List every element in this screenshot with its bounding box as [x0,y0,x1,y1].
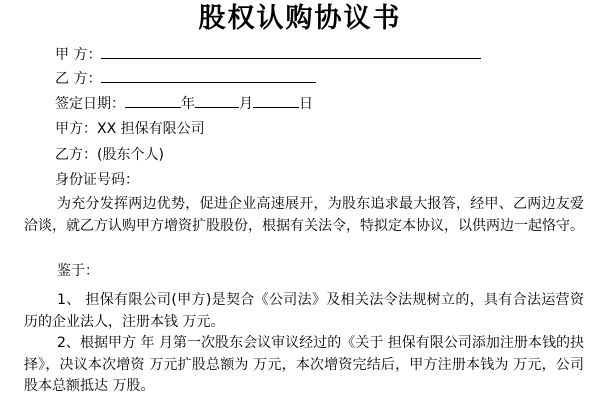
party-b-blank [101,68,316,83]
month-label: 月 [239,96,253,112]
party-a-blank [101,44,481,59]
whereas-heading: 鉴于： [24,261,584,283]
month-blank [195,93,239,108]
party-a-name: 甲方：XX 担保有限公司 [55,119,205,139]
party-b-label: 乙 方： [55,71,101,87]
party-a-field: 甲 方： [55,44,481,65]
clause-2: 2、根据甲方 年 月第一次股东会议审议经过的《关于 担保有限公司添加注册本钱的抉… [24,333,584,398]
party-b-name: 乙方：(股东个人) [55,145,164,165]
clause-1: 1、 担保有限公司(甲方)是契合《公司法》及相关法令法规树立的，具有合法运营资历… [24,290,584,333]
party-b-field: 乙 方： [55,68,316,89]
document-title: 股权认购协议书 [0,2,600,36]
sign-date-field: 签定日期：年月日 [55,93,313,114]
day-label: 日 [299,96,313,112]
year-blank [125,93,181,108]
party-a-label: 甲 方： [55,47,101,63]
intro-paragraph: 为充分发挥两边优势，促进企业高速展开，为股东追求最大报答，经甲、乙两边友爱洽谈，… [24,194,584,237]
sign-date-label: 签定日期： [55,96,125,112]
year-label: 年 [181,96,195,112]
id-number-label: 身份证号码： [55,170,139,190]
day-blank [253,93,299,108]
